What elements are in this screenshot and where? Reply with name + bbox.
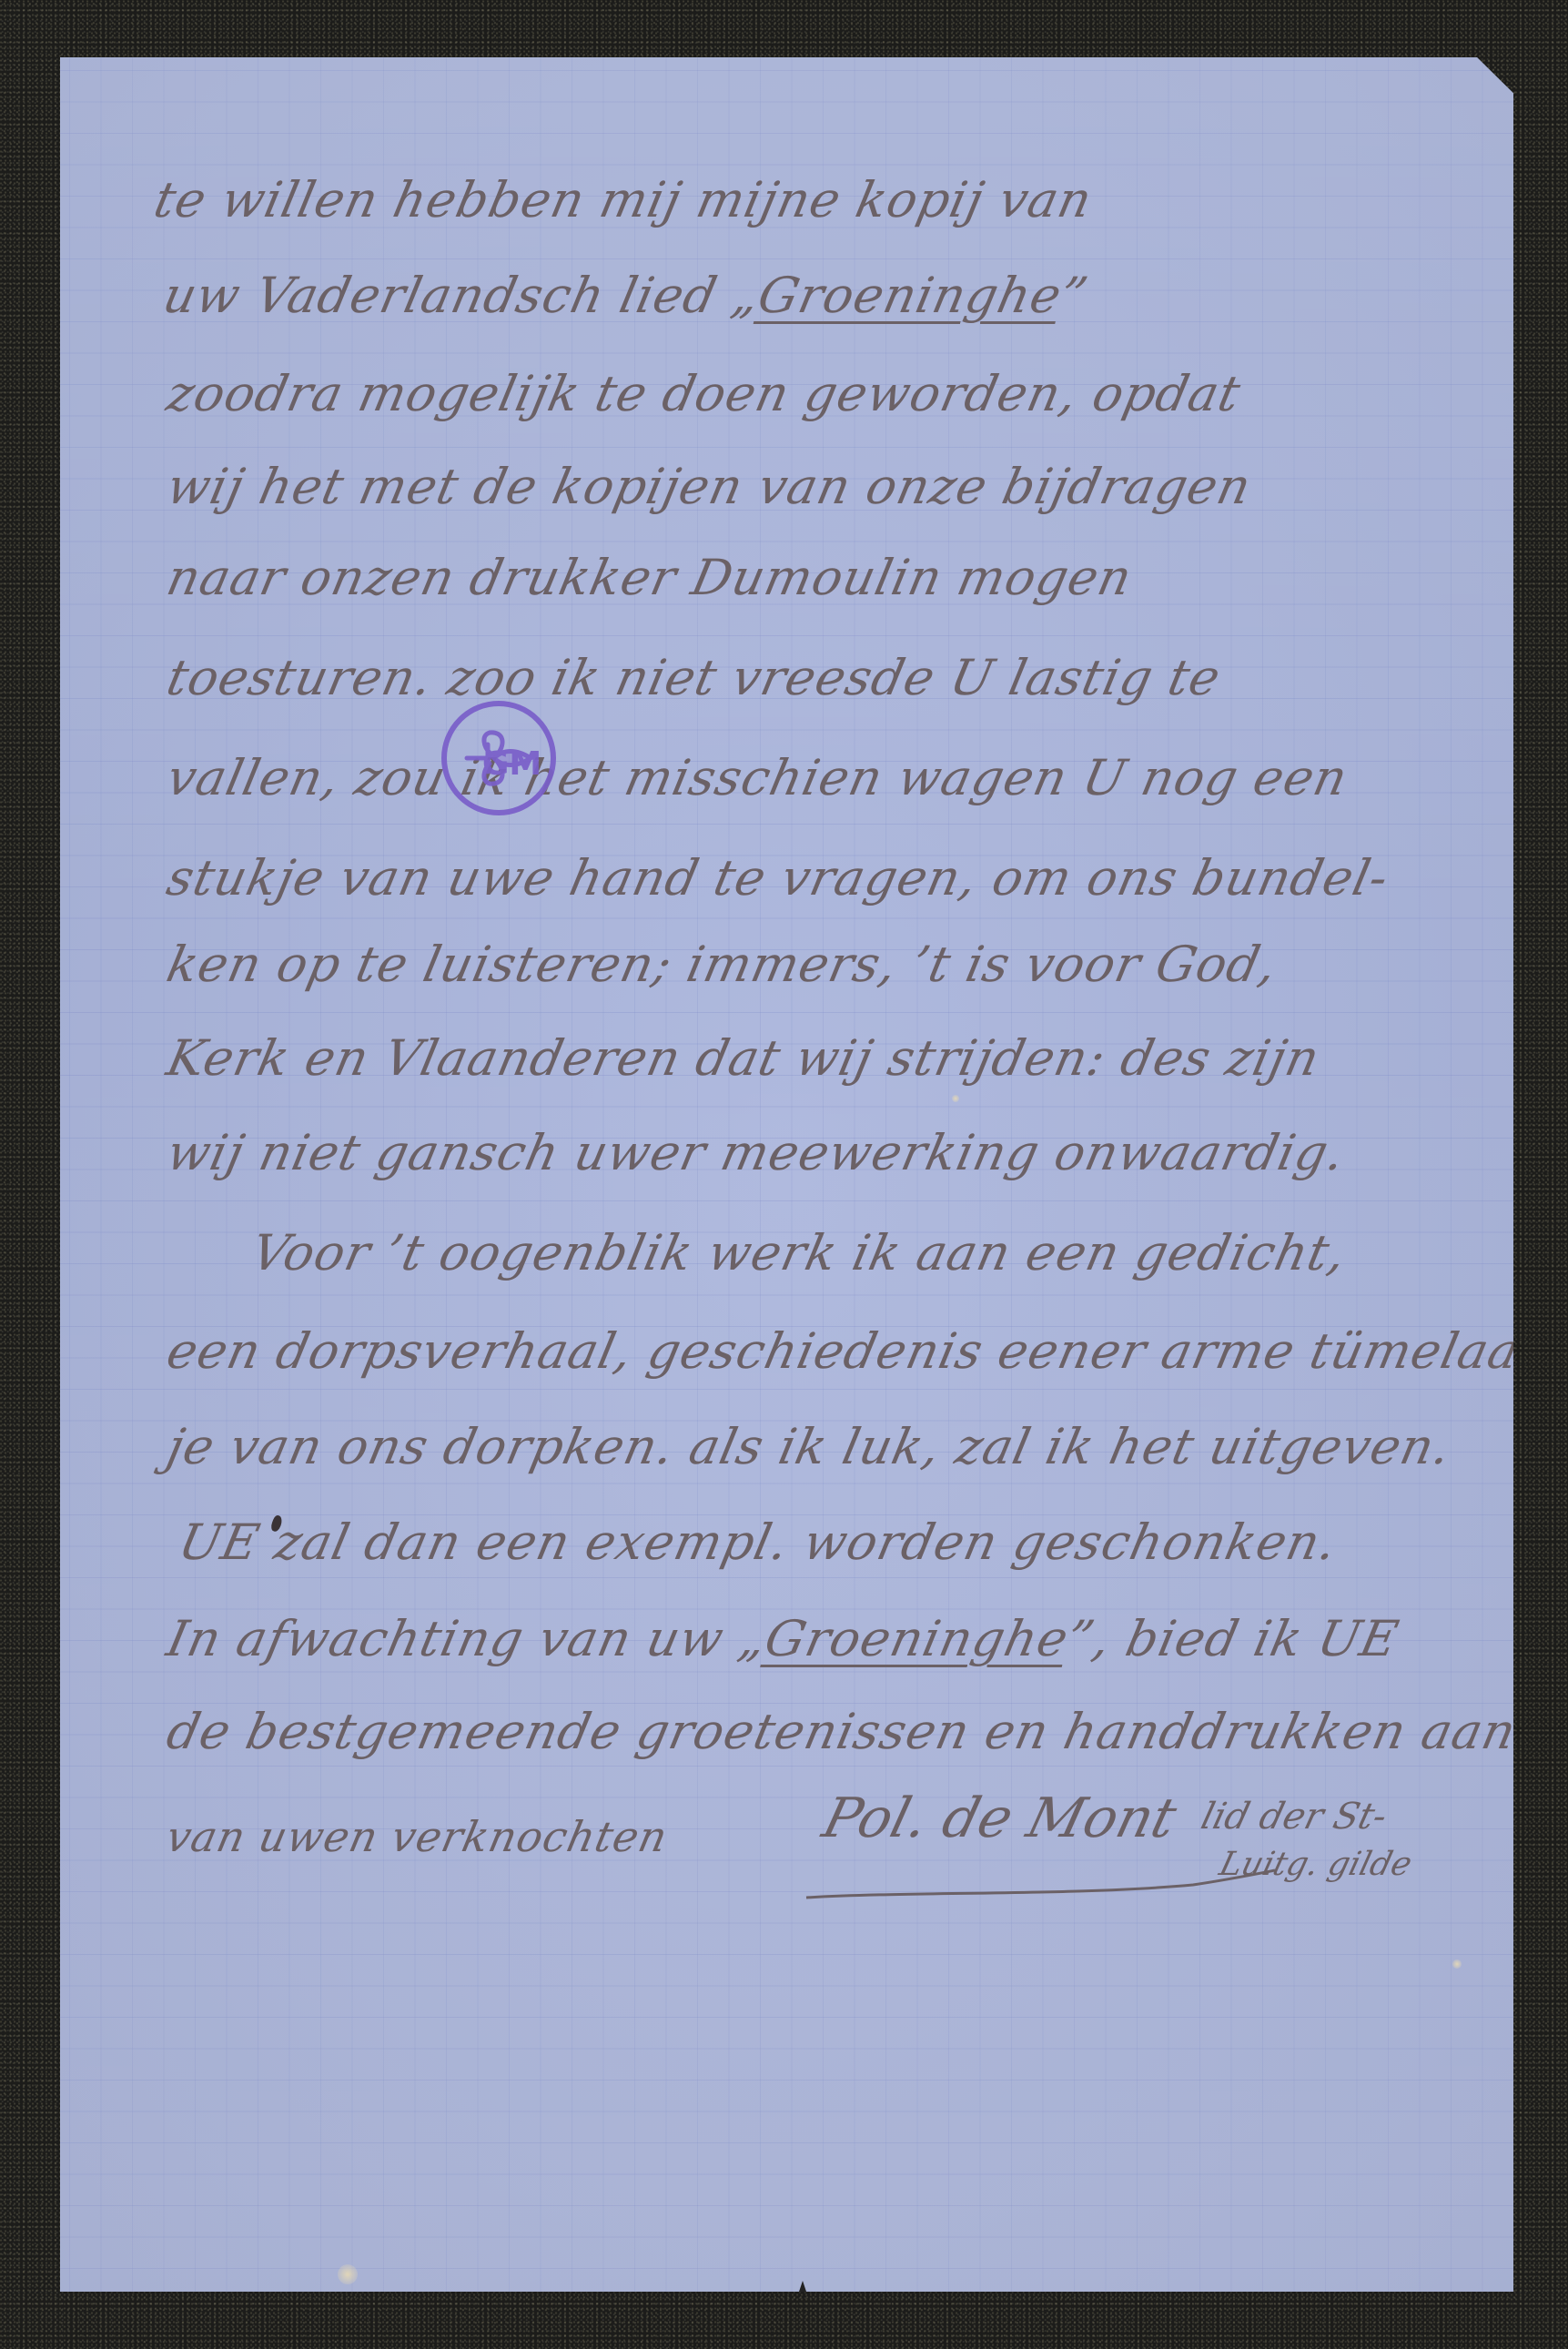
foxing-spot	[1452, 1959, 1462, 1969]
paper-notch	[797, 2281, 808, 2297]
letter-line-17: de bestgemeende groetenissen en handdruk…	[162, 1703, 1522, 1760]
letter-line-12: Voor ’t oogenblik werk ik aan een gedich…	[247, 1224, 1351, 1281]
collection-stamp: GM	[441, 701, 556, 815]
letter-line-3: zoodra mogelijk te doen geworden, opdat	[162, 365, 1246, 422]
underlined-title: Groeninghe	[754, 267, 1067, 324]
letter-line-13: een dorpsverhaal, geschiedenis eener arm…	[162, 1322, 1549, 1380]
letter-line-7: vallen, zou ik het misschien wagen U nog…	[162, 749, 1353, 806]
letter-line-11: wij niet gansch uwer meewerking onwaardi…	[162, 1124, 1351, 1181]
letter-line-1: te willen hebben mij mijne kopij van	[149, 171, 1098, 228]
letter-line-2: uw Vaderlandsch lied „Groeninghe”	[158, 267, 1093, 324]
underlined-title: Groeninghe	[760, 1610, 1074, 1667]
letter-line-15: UE zal dan een exempl. worden geschonken…	[174, 1514, 1342, 1571]
letter-line-2-text: uw Vaderlandsch lied „Groeninghe”	[158, 267, 1093, 324]
letter-body: te willen hebben mij mijne kopij van uw …	[60, 57, 1513, 2292]
letter-line-closing: van uwen verknochten	[162, 1812, 673, 1861]
letter-line-5: naar onzen drukker Dumoulin mogen	[162, 549, 1138, 606]
signature-name: Pol. de Mont	[816, 1787, 1182, 1850]
letter-line-14: je van ons dorpken. als ik luk, zal ik h…	[162, 1418, 1456, 1475]
signature-affiliation-1: lid der St-	[1197, 1796, 1391, 1838]
letter-line-4: wij het met de kopijen van onze bijdrage…	[162, 458, 1257, 515]
stamp-text: GM	[482, 745, 541, 783]
letter-line-16: In afwachting van uw „Groeninghe”, bied …	[162, 1610, 1404, 1667]
letter-line-9: ken op te luisteren; immers, ’t is voor …	[162, 936, 1282, 993]
foxing-spot	[952, 1095, 959, 1102]
foxing-spot	[338, 2264, 358, 2284]
letter-line-10: Kerk en Vlaanderen dat wij strijden: des…	[162, 1029, 1325, 1087]
letter-line-6: toesturen. zoo ik niet vreesde U lastig …	[162, 649, 1226, 706]
letter-page: te willen hebben mij mijne kopij van uw …	[60, 57, 1513, 2292]
signature-flourish	[802, 1868, 1293, 1905]
letter-line-8: stukje van uwe hand te vragen, om ons bu…	[162, 849, 1394, 906]
